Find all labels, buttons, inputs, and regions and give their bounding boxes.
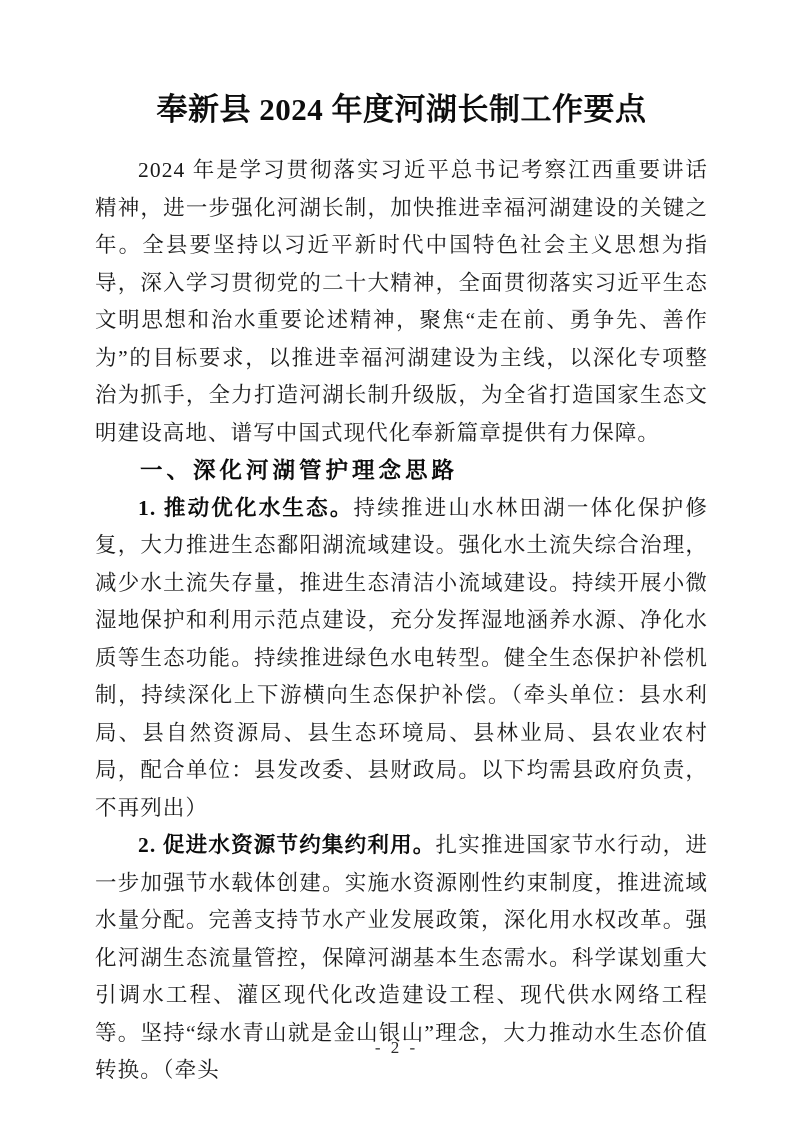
item-2-lead: 2. 促进水资源节约集约利用。	[138, 833, 436, 857]
document-body: 2024 年是学习贯彻落实习近平总书记考察江西重要讲话精神，进一步强化河湖长制，…	[95, 152, 708, 1090]
document-content: 奉新县 2024 年度河湖长制工作要点 2024 年是学习贯彻落实习近平总书记考…	[95, 0, 708, 1090]
item-1-text: 持续推进山水林田湖一体化保护修复，大力推进生态鄱阳湖流域建设。强化水土流失综合治…	[95, 496, 708, 820]
section-1-item-1: 1. 推动优化水生态。持续推进山水林田湖一体化保护修复，大力推进生态鄱阳湖流域建…	[95, 490, 708, 828]
item-1-lead: 1. 推动优化水生态。	[138, 496, 354, 520]
intro-paragraph: 2024 年是学习贯彻落实习近平总书记考察江西重要讲话精神，进一步强化河湖长制，…	[95, 152, 708, 452]
document-title: 奉新县 2024 年度河湖长制工作要点	[95, 90, 708, 130]
document-page: 奉新县 2024 年度河湖长制工作要点 2024 年是学习贯彻落实习近平总书记考…	[0, 0, 793, 1122]
page-number: - 2 -	[0, 1038, 793, 1058]
section-1-heading: 一、深化河湖管护理念思路	[95, 452, 708, 490]
